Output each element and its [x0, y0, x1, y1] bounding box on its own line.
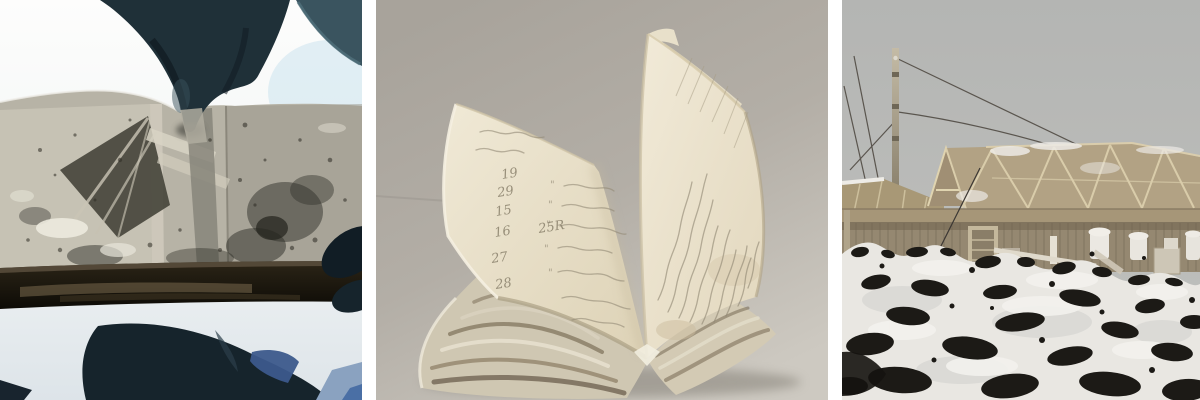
day-number: 16 — [493, 224, 512, 241]
radio-mast — [892, 48, 899, 190]
notebook-illustration: 19 29 15 16 27 28 25R " " " " " — [376, 0, 828, 400]
day-number: 28 — [493, 276, 513, 294]
day-number: 29 — [495, 184, 515, 202]
ditto-mark: " — [546, 220, 551, 231]
day-number: 27 — [489, 249, 509, 267]
day-number: 19 — [500, 166, 519, 183]
ditto-mark: " — [548, 200, 553, 211]
day-number: 15 — [494, 203, 513, 220]
photo-notebook: 19 29 15 16 27 28 25R " " " " " — [376, 0, 828, 400]
hut-illustration — [842, 0, 1200, 400]
ditto-mark: " — [544, 244, 549, 255]
fascia — [842, 209, 1200, 223]
photo-hut — [842, 0, 1200, 400]
negative-plate — [0, 91, 362, 274]
negatives-illustration — [0, 0, 362, 400]
photo-strip: 19 29 15 16 27 28 25R " " " " " — [0, 0, 1200, 400]
ditto-mark: " — [548, 268, 553, 279]
ditto-mark: " — [550, 180, 555, 191]
photo-negatives — [0, 0, 362, 400]
